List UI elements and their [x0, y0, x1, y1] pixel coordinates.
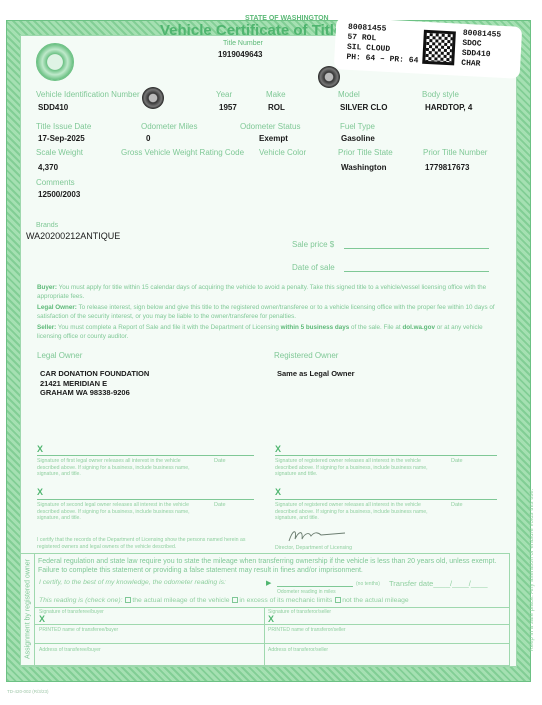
- arrow-right-icon: ▶: [266, 579, 271, 587]
- dol-certification-text: I certify that the records of the Depart…: [37, 537, 267, 550]
- scale-weight-value: 4,370: [38, 163, 58, 172]
- model-value: SILVER CLO: [340, 103, 387, 112]
- legal-owner-address: CAR DONATION FOUNDATION 21421 MERIDIAN E…: [40, 369, 149, 398]
- form-number: TD-420-002 (R/3/23): [7, 689, 49, 694]
- buyer-signature-label: Signature of transferee/buyer: [39, 609, 104, 615]
- washington-seal-icon: [36, 43, 74, 81]
- fuel-type-value: Gasoline: [341, 134, 375, 143]
- make-value: ROL: [268, 103, 285, 112]
- vin-value: SDD410: [38, 103, 68, 112]
- date-of-sale-label: Date of sale: [292, 263, 335, 272]
- fuel-type-label: Fuel Type: [340, 122, 375, 131]
- comments-label: Comments: [36, 178, 75, 187]
- barcode-sticker: 80081455 57 ROL SIL CLOUD PH: 64 – PR: 6…: [334, 17, 522, 79]
- director-title: Director, Department of Licensing: [275, 545, 440, 552]
- actual-mileage-checkbox[interactable]: [125, 597, 131, 603]
- reading-check-prompt: This reading is (check one): the actual …: [39, 597, 409, 604]
- seller-address-field[interactable]: Address of transferor/seller: [268, 647, 328, 653]
- assignment-side-label: Assignment by registered owner: [21, 554, 35, 665]
- excess-mileage-checkbox[interactable]: [232, 597, 238, 603]
- sale-price-label: Sale price $: [292, 240, 334, 249]
- buyer-address-field[interactable]: Address of transferee/buyer: [39, 647, 101, 653]
- registered-owner-label: Registered Owner: [274, 351, 338, 360]
- sale-price-field[interactable]: [344, 240, 489, 249]
- year-label: Year: [216, 90, 232, 99]
- odometer-status-value: Exempt: [259, 134, 288, 143]
- buyer-printed-name-field[interactable]: PRINTED name of transferee/buyer: [39, 627, 118, 633]
- divider: [264, 607, 265, 665]
- vin-label: Vehicle Identification Number: [36, 90, 140, 99]
- legal-owner-notice: Legal Owner: To release interest, sign b…: [37, 304, 507, 321]
- prior-title-number-label: Prior Title Number: [423, 148, 487, 157]
- body-style-value: HARDTOP, 4: [425, 103, 472, 112]
- prior-title-state-label: Prior Title State: [338, 148, 393, 157]
- brands-value: WA20200212ANTIQUE: [26, 231, 120, 241]
- federal-regulation-notice: Federal regulation and state law require…: [38, 557, 503, 575]
- date-caption: Date: [214, 458, 226, 464]
- odometer-status-label: Odometer Status: [240, 122, 300, 131]
- seller-printed-name-field[interactable]: PRINTED name of transferor/seller: [268, 627, 346, 633]
- registered-owner-1-signature-field[interactable]: [275, 455, 497, 456]
- issue-date-label: Title Issue Date: [36, 122, 91, 131]
- seal-stamp-icon: [142, 87, 164, 109]
- registered-owner-2-caption: Signature of registered owner releases a…: [275, 502, 440, 522]
- vehicle-color-label: Vehicle Color: [259, 148, 306, 157]
- seller-signature-label: Signature of transferor/seller: [268, 609, 331, 615]
- legal-owner-2-x: X: [37, 487, 43, 497]
- odometer-caption: Odometer reading in miles: [277, 589, 336, 595]
- divider: [35, 624, 509, 625]
- comments-value: 12500/2003: [38, 190, 80, 199]
- buyer-notice: Buyer: You must apply for title within 1…: [37, 284, 507, 301]
- legal-owner-1-x: X: [37, 444, 43, 454]
- registered-owner-1-x: X: [275, 444, 281, 454]
- title-number: 1919049643: [218, 50, 263, 59]
- no-tenths-note: (no tenths): [356, 581, 380, 587]
- legal-owner-1-signature-field[interactable]: [37, 455, 254, 456]
- sticker-left-text: 80081455 57 ROL SIL CLOUD PH: 64 – PR: 6…: [346, 23, 420, 67]
- document-title: Vehicle Certificate of Title: [160, 22, 342, 39]
- state-heading: STATE OF WASHINGTON: [245, 15, 329, 22]
- odometer-reading-field[interactable]: [277, 578, 353, 587]
- prior-title-number-value: 1779817673: [425, 163, 470, 172]
- qr-code-icon: [422, 30, 456, 66]
- seller-notice: Seller: You must complete a Report of Sa…: [37, 324, 507, 341]
- registered-owner-2-x: X: [275, 487, 281, 497]
- brands-label: Brands: [36, 222, 58, 229]
- seal-stamp-icon: [318, 66, 340, 88]
- registered-owner-value: Same as Legal Owner: [277, 369, 355, 379]
- sticker-right-text: 80081455 SDOC SDD410 CHAR: [461, 29, 501, 71]
- transfer-date-field[interactable]: Transfer date____/____/____: [389, 579, 488, 588]
- model-label: Model: [338, 90, 360, 99]
- date-caption: Date: [214, 502, 226, 508]
- make-label: Make: [266, 90, 286, 99]
- registered-owner-1-caption: Signature of registered owner releases a…: [275, 458, 440, 478]
- date-caption: Date: [451, 458, 463, 464]
- gvwr-label: Gross Vehicle Weight Rating Code: [121, 148, 244, 157]
- director-signature-icon: [285, 527, 355, 543]
- scale-weight-label: Scale Weight: [36, 148, 83, 157]
- odometer-assignment-section: Assignment by registered owner Federal r…: [20, 553, 510, 666]
- odometer-miles-value: 0: [146, 134, 150, 143]
- issue-date-value: 17-Sep-2025: [38, 134, 85, 143]
- buyer-signature-field[interactable]: X: [39, 614, 45, 624]
- legal-owner-2-signature-field[interactable]: [37, 499, 254, 500]
- year-value: 1957: [219, 103, 237, 112]
- odometer-miles-label: Odometer Miles: [141, 122, 197, 131]
- dol-website-link[interactable]: dol.wa.gov: [402, 324, 435, 331]
- registered-owner-2-signature-field[interactable]: [275, 499, 497, 500]
- date-of-sale-field[interactable]: [344, 263, 489, 272]
- legal-owner-1-caption: Signature of first legal owner releases …: [37, 458, 202, 478]
- legal-owner-label: Legal Owner: [37, 351, 82, 360]
- safekeeping-note: Keep in a safe place. Any alteration or …: [529, 489, 535, 651]
- seller-signature-field[interactable]: X: [268, 614, 274, 624]
- divider: [35, 643, 509, 644]
- not-actual-mileage-checkbox[interactable]: [335, 597, 341, 603]
- divider: [35, 607, 509, 608]
- date-caption: Date: [451, 502, 463, 508]
- body-style-label: Body style: [422, 90, 459, 99]
- legal-owner-2-caption: Signature of second legal owner releases…: [37, 502, 202, 522]
- odometer-certify-text: I certify, to the best of my knowledge, …: [39, 579, 226, 586]
- title-number-label: Title Number: [223, 40, 263, 47]
- prior-title-state-value: Washington: [341, 163, 386, 172]
